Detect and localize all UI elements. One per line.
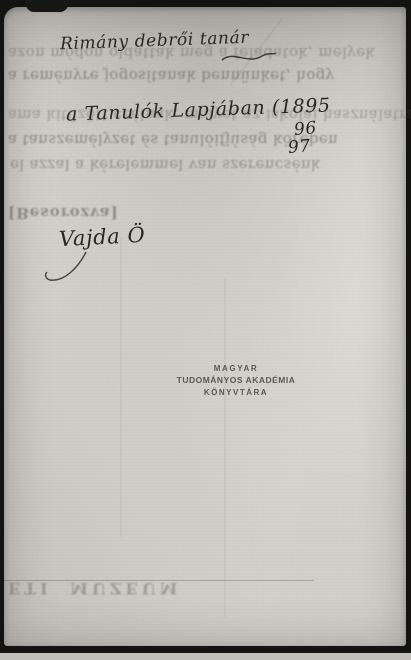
showthrough-line: a reményre jogosítanak bennünket, hogy bbox=[8, 67, 335, 85]
edge-speck bbox=[0, 196, 8, 214]
edge-speck bbox=[0, 128, 4, 140]
crease-line bbox=[224, 277, 226, 617]
scanned-page: azon módon oldattak meg a feladatok, mel… bbox=[0, 0, 411, 660]
stamp-line-3: KÖNYVTÁRA bbox=[162, 388, 310, 397]
library-stamp: MAGYAR TUDOMÁNYOS AKADÉMIA KÖNYVTÁRA bbox=[162, 364, 310, 397]
scanner-bed-strip bbox=[0, 653, 411, 660]
edge-speck bbox=[0, 255, 5, 268]
stamp-line-2: TUDOMÁNYOS AKADÉMIA bbox=[162, 376, 310, 385]
offset-stamp-muzeum: ETI MUZEUM bbox=[8, 579, 181, 598]
paper-sheet: azon módon oldattak meg a feladatok, mel… bbox=[4, 7, 406, 646]
crease-line bbox=[4, 580, 314, 581]
edge-speck bbox=[0, 34, 6, 56]
showthrough-fragment: [Besorozva] bbox=[8, 204, 119, 222]
pen-flourish bbox=[42, 250, 92, 288]
scan-edge-artifact bbox=[26, 0, 68, 12]
edge-speck bbox=[1, 344, 4, 353]
handwritten-signature: Vajda Ö bbox=[58, 223, 145, 251]
showthrough-line: el azzal a kérelemmel van szerencsénk bbox=[10, 156, 321, 174]
pen-flourish bbox=[220, 47, 278, 67]
edge-speck bbox=[0, 584, 9, 614]
stamp-line-1: MAGYAR bbox=[162, 364, 310, 373]
edge-speck bbox=[404, 628, 411, 644]
handwritten-year-97: 97 bbox=[287, 136, 311, 158]
crease-line bbox=[120, 237, 122, 537]
